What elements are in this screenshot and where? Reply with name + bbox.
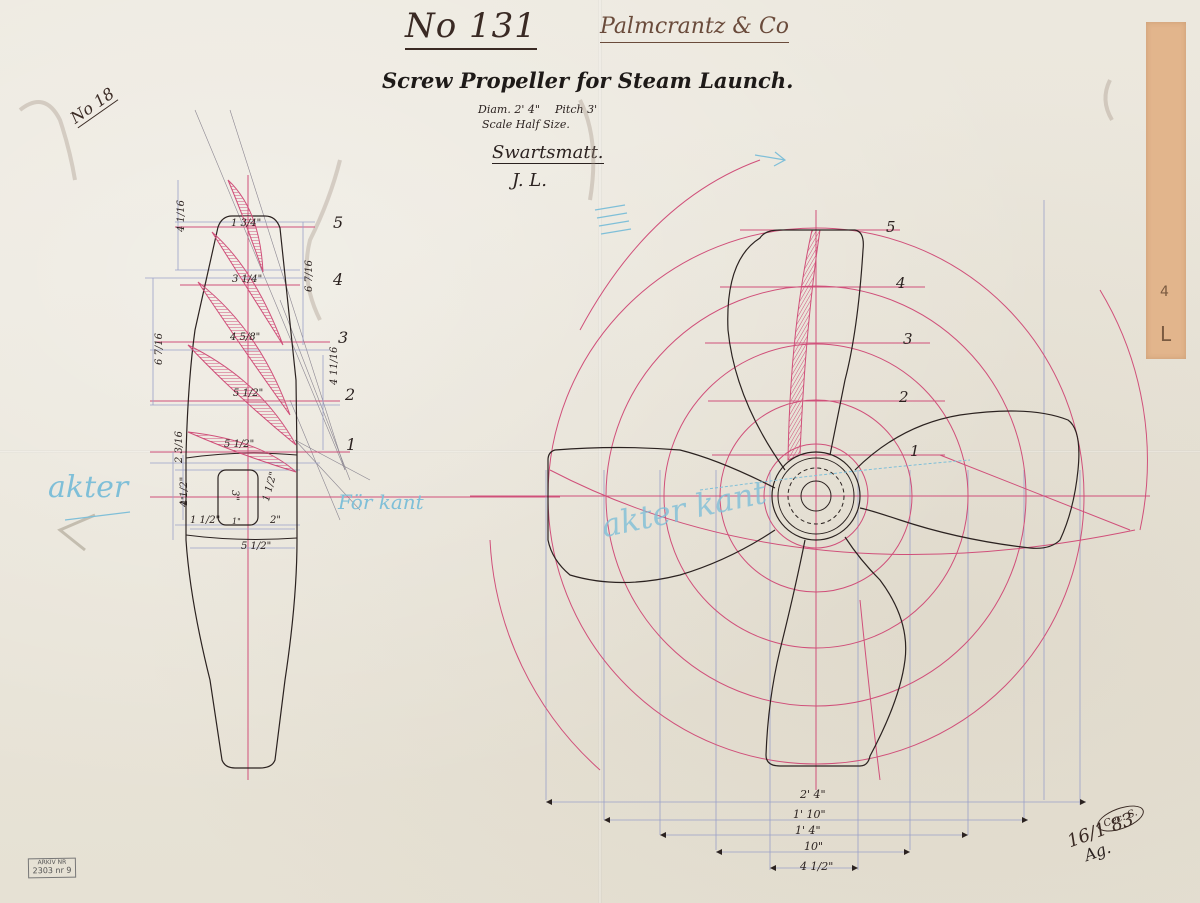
section-width-5: 1 3/4" — [231, 218, 261, 229]
front-section-4: 4 — [895, 274, 906, 292]
vdim-4-1-16: 4 1/16 — [176, 199, 187, 233]
radius-dim-1-4: 1' 4" — [795, 824, 821, 837]
section-number-3: 3 — [338, 328, 348, 347]
front-view — [470, 152, 1150, 871]
paper-stains — [20, 80, 1112, 320]
section-number-5: 5 — [333, 213, 343, 232]
radius-dim-10: 10" — [804, 840, 823, 853]
section-width-1: 5 1/2" — [224, 439, 254, 450]
section-number-2: 2 — [344, 385, 355, 404]
radius-dim-2-4: 2' 4" — [799, 788, 826, 801]
front-section-5: 5 — [886, 218, 896, 236]
front-radius-dims: 2' 4" 1' 10" 1' 4" 10" 4 1/2" — [793, 788, 833, 873]
side-view-labels: 1 3/4" 3 1/4" 4 5/8" 5 1/2" 5 1/2" 1 1/2… — [154, 199, 340, 552]
front-section-2: 2 — [898, 388, 909, 406]
section-width-3: 4 5/8" — [229, 332, 260, 343]
front-section-1: 1 — [910, 442, 920, 460]
front-section-3: 3 — [903, 330, 913, 348]
vdim-6-7-16-right: 6 7/16 — [304, 259, 315, 292]
hub-side-thickness: 1 1/2" — [261, 471, 279, 503]
radius-dim-4-1-2: 4 1/2" — [799, 860, 833, 873]
vdim-4-11-16: 4 11/16 — [329, 346, 340, 386]
side-section-numbers: 5 4 3 2 1 — [332, 213, 356, 454]
hub-bore-height: 3" — [229, 490, 240, 501]
section-number-4: 4 — [332, 270, 343, 289]
section-width-4: 3 1/4" — [232, 274, 262, 285]
hub-right-offset: 2" — [269, 515, 281, 526]
hub-total-width: 5 1/2" — [241, 541, 271, 552]
radius-dim-1-10: 1' 10" — [793, 808, 826, 821]
drawing-sheet: No 131 Palmcrantz & Co Screw Propeller f… — [0, 0, 1200, 903]
hub-bore-width: 1" — [232, 517, 241, 526]
annotation-for-kant: För kant — [338, 490, 424, 514]
vdim-2-3-16: 2 3/16 — [174, 430, 185, 464]
propeller-drawing: 1 3/4" 3 1/4" 4 5/8" 5 1/2" 5 1/2" 1 1/2… — [0, 0, 1200, 903]
section-number-1: 1 — [346, 435, 356, 454]
annotation-akter-left: akter — [48, 470, 128, 505]
section-width-2: 5 1/2" — [233, 388, 263, 399]
hub-height-inner: 4" — [180, 496, 189, 506]
hub-left-offset: 1 1/2" — [190, 515, 220, 526]
front-section-numbers: 5 4 3 2 1 — [886, 218, 920, 460]
vdim-6-7-16-left: 6 7/16 — [154, 332, 165, 365]
